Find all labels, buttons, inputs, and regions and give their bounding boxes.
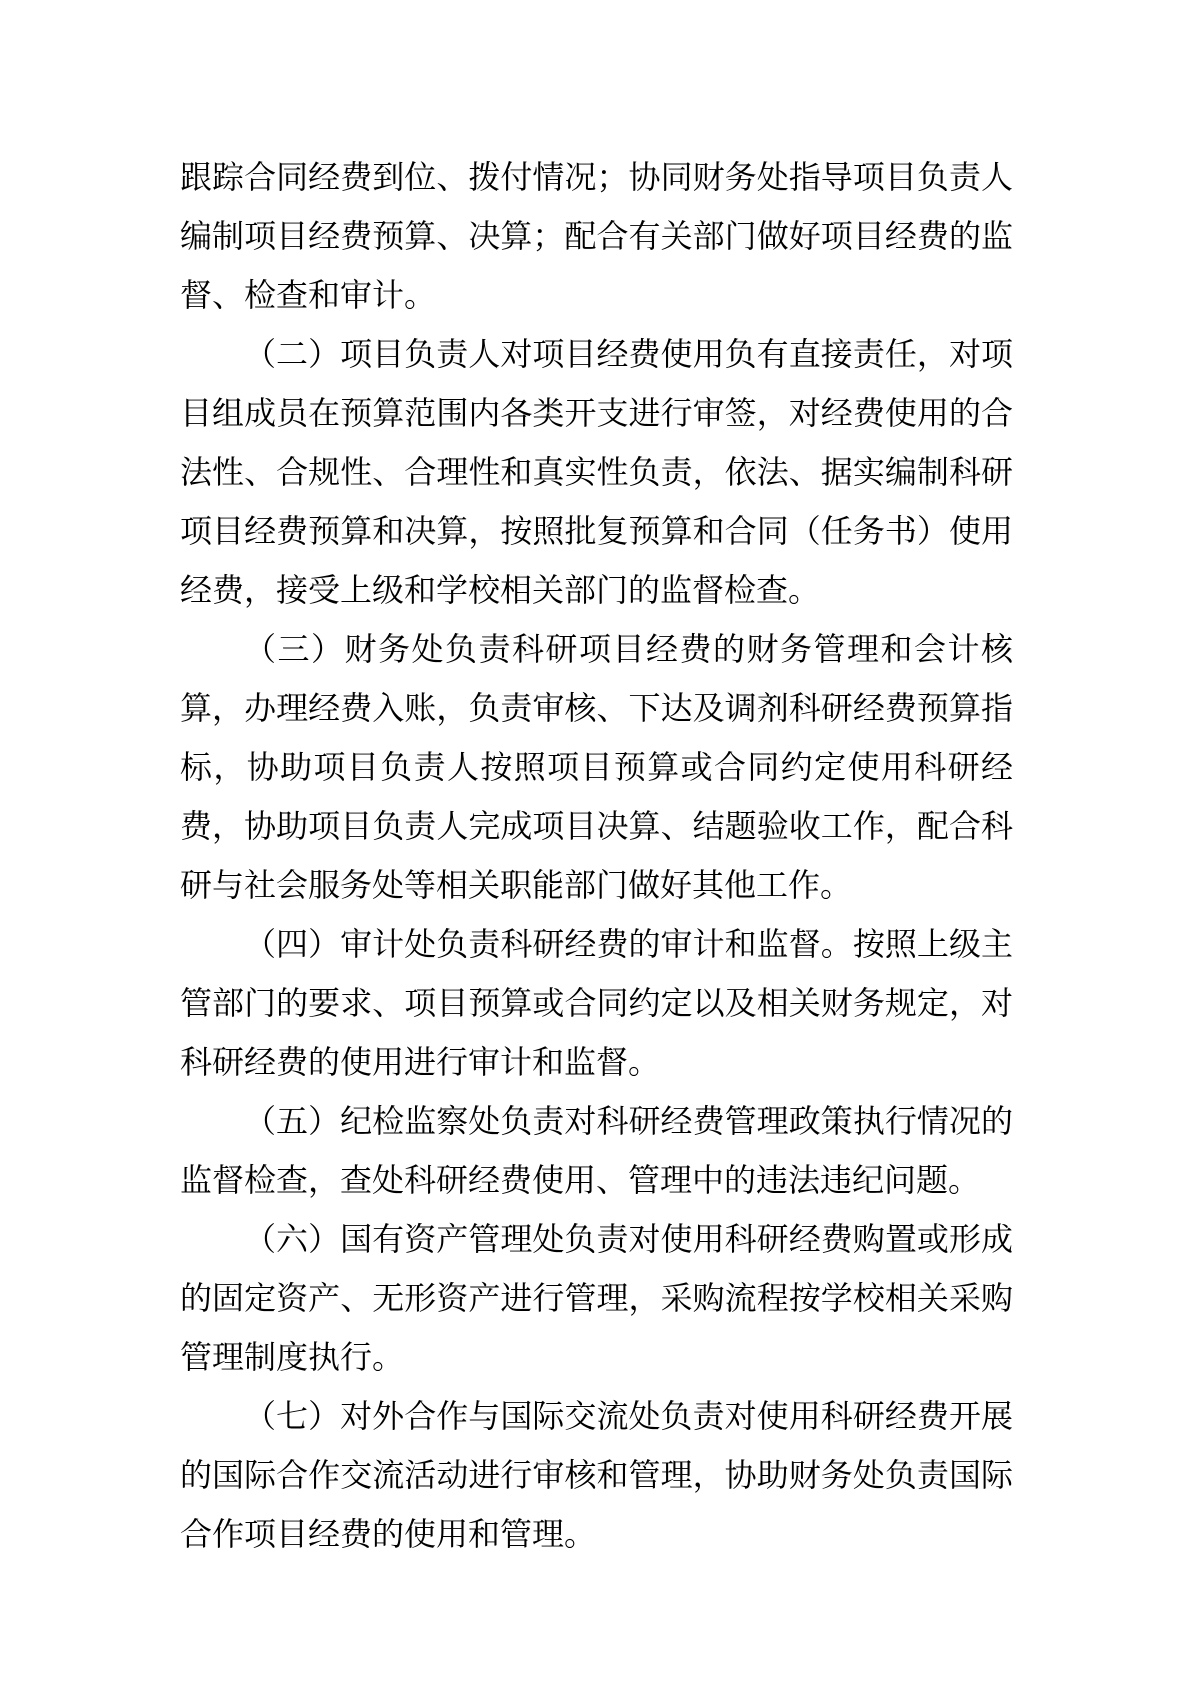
paragraph-item-4: （四）审计处负责科研经费的审计和监督。按照上级主管部门的要求、项目预算或合同约定…: [180, 915, 1013, 1092]
paragraph-item-7: （七）对外合作与国际交流处负责对使用科研经费开展的国际合作交流活动进行审核和管理…: [180, 1387, 1013, 1564]
paragraph-item-3: （三）财务处负责科研项目经费的财务管理和会计核算，办理经费入账，负责审核、下达及…: [180, 620, 1013, 915]
paragraph-item-5: （五）纪检监察处负责对科研经费管理政策执行情况的监督检查，查处科研经费使用、管理…: [180, 1092, 1013, 1210]
paragraph-item-2: （二）项目负责人对项目经费使用负有直接责任，对项目组成员在预算范围内各类开支进行…: [180, 325, 1013, 620]
paragraph-continuation: 跟踪合同经费到位、拨付情况；协同财务处指导项目负责人编制项目经费预算、决算；配合…: [180, 148, 1013, 325]
document-body: 跟踪合同经费到位、拨付情况；协同财务处指导项目负责人编制项目经费预算、决算；配合…: [180, 148, 1013, 1564]
paragraph-item-6: （六）国有资产管理处负责对使用科研经费购置或形成的固定资产、无形资产进行管理，采…: [180, 1210, 1013, 1387]
document-page: 跟踪合同经费到位、拨付情况；协同财务处指导项目负责人编制项目经费预算、决算；配合…: [0, 0, 1191, 1684]
